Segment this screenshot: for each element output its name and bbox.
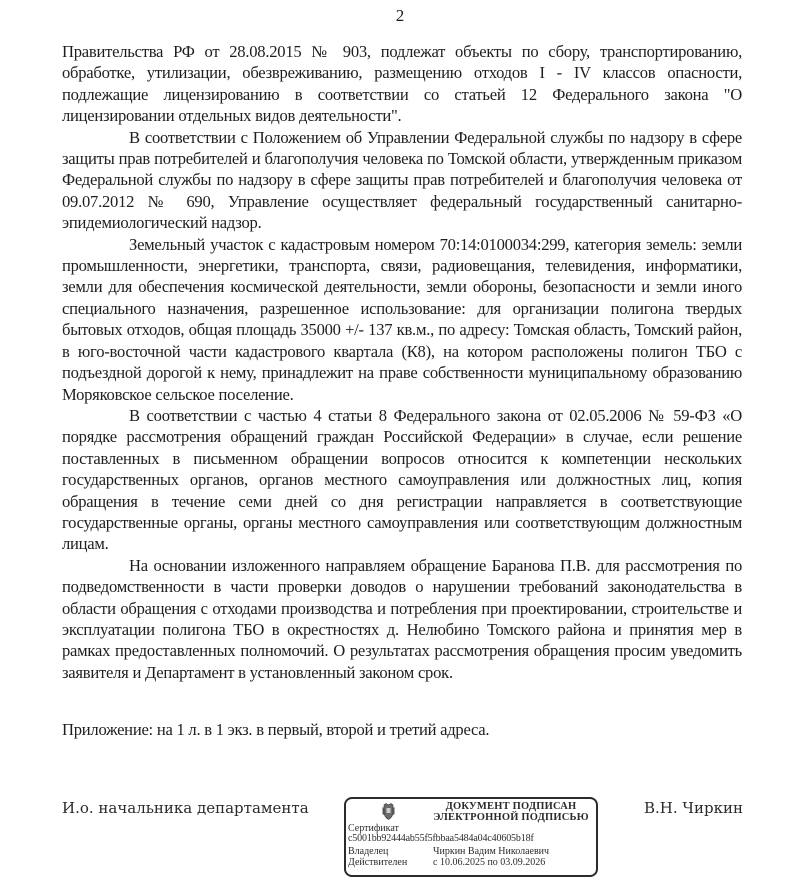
paragraph-license-continuation: Правительства РФ от 28.08.2015 № 903, по…: [62, 41, 742, 127]
signer-name: В.Н. Чиркин: [644, 798, 743, 818]
appendix-note: Приложение: на 1 л. в 1 экз. в первый, в…: [62, 719, 742, 740]
electronic-signature-stamp: ДОКУМЕНТ ПОДПИСАН ЭЛЕКТРОННОЙ ПОДПИСЬЮ С…: [344, 797, 598, 877]
validity-row: Действителенс 10.06.2025 по 03.09.2026: [348, 857, 545, 868]
signer-position: И.о. начальника департамента: [62, 798, 309, 818]
paragraph-referral-request: На основании изложенного направляем обра…: [62, 555, 742, 683]
page-number: 2: [0, 6, 800, 26]
certificate-value: c5001bb92444ab55f5fbbaa5484a04c40605b18f: [348, 833, 534, 844]
owner-row: ВладелецЧиркин Вадим Николаевич: [348, 846, 549, 857]
stamp-title: ДОКУМЕНТ ПОДПИСАН ЭЛЕКТРОННОЙ ПОДПИСЬЮ: [426, 802, 596, 823]
owner-label: Владелец: [348, 846, 433, 857]
paragraph-rospotrebnadzor-authority: В соответствии с Положением об Управлени…: [62, 127, 742, 234]
validity-label: Действителен: [348, 857, 433, 868]
paragraph-federal-law-59: В соответствии с частью 4 статьи 8 Федер…: [62, 405, 742, 555]
owner-value: Чиркин Вадим Николаевич: [433, 846, 549, 857]
coat-of-arms-icon: [382, 803, 395, 820]
validity-value: с 10.06.2025 по 03.09.2026: [433, 857, 545, 868]
letter-body: Правительства РФ от 28.08.2015 № 903, по…: [62, 41, 742, 683]
paragraph-land-plot: Земельный участок с кадастровым номером …: [62, 234, 742, 405]
